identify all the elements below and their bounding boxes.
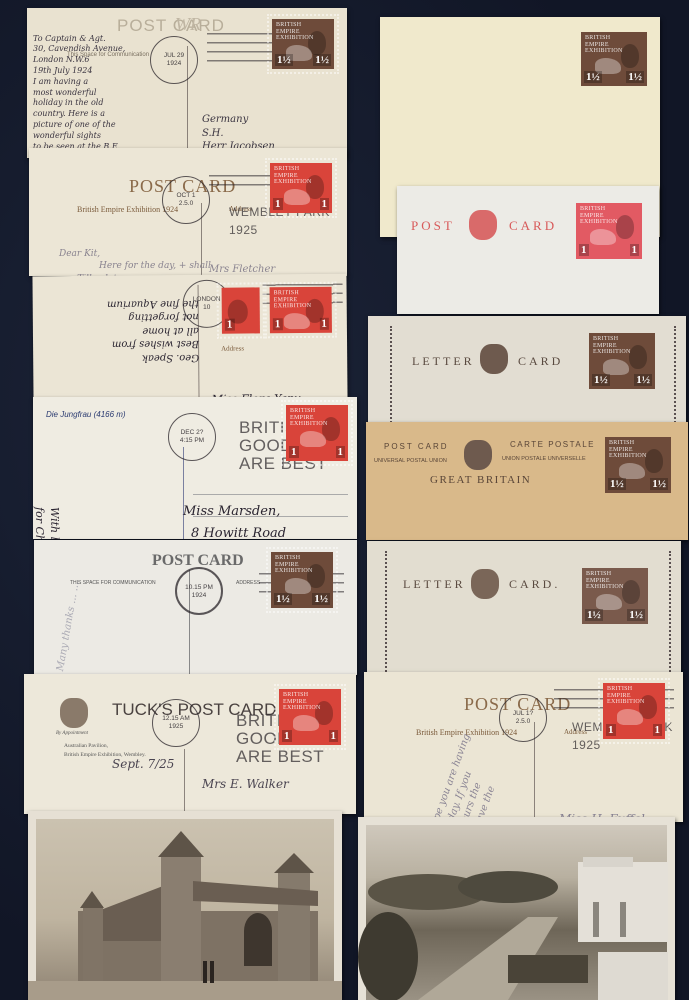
royal-crest-icon xyxy=(471,569,499,599)
stamp-1-5d-brown: BRITISHEMPIREEXHIBITION 1½1½ xyxy=(266,547,338,613)
letter-card-header-right: CARD. xyxy=(509,577,560,592)
postmark: 10.15 PM1924 xyxy=(175,567,223,615)
perforation-right xyxy=(674,326,676,426)
postcard-header-right: CARD xyxy=(509,218,557,234)
handwritten-message: Dear Mother,Having good... xyxy=(54,774,143,814)
postmark: JUL 1?2.5.0 xyxy=(499,694,547,742)
carte-postale-label: CARTE POSTALE xyxy=(510,440,595,449)
postcard-jungfrau: Die Jungfrau (4166 m) DEC 2?4:15 PM BRIT… xyxy=(33,397,357,539)
postcard-empire-exhibition-jul: POST CARD British Empire Exhibition 1924… xyxy=(364,672,683,822)
postcard-header-left: POST xyxy=(411,218,455,234)
stamp-1-5d-brown: BRITISHEMPIREEXHIBITION 1½1½ xyxy=(267,14,339,74)
letter-card-header-left: LETTER xyxy=(403,577,466,592)
photo-postcard-exhibition-grounds xyxy=(358,817,675,1000)
postcard-upside-down-message: Address LONDON10 1 BRITISHEMPIREEXHIBITI… xyxy=(32,274,347,402)
handwritten-message-vertical: With love & bestfor ChristmasfromMarion xyxy=(33,507,91,539)
divider-line xyxy=(184,749,185,814)
upu-postcard-great-britain: POST CARD UNIVERSAL POSTAL UNION CARTE P… xyxy=(366,422,688,540)
handwritten-date: Sept. 7/25 xyxy=(112,756,174,772)
postmark: OCT 12.5.0 xyxy=(162,176,210,224)
royal-crest-icon xyxy=(480,344,508,374)
handwritten-message-upside-down: Geo. SpeakBest wishes fromall at homenot… xyxy=(42,274,199,393)
photo-postcard-pavilion-towers xyxy=(28,811,342,1000)
perforation-right xyxy=(669,551,671,676)
stamp-1d-red: BRITISHEMPIREEXHIBITION 11 xyxy=(274,684,346,750)
printed-stamp-1-5d-brown: BRITISHEMPIREEXHIBITION 1½1½ xyxy=(586,330,658,392)
printed-stamp-1-5d-brown: BRITISHEMPIREEXHIBITION 1½1½ xyxy=(579,565,651,627)
printed-stamp-1-5d-brown: BRITISHEMPIREEXHIBITION 1½1½ xyxy=(602,434,674,496)
postcard-tucks-australian-pavilion: By Appointment Australian Pavilion,Briti… xyxy=(24,674,356,814)
postmark: DEC 2?4:15 PM xyxy=(168,413,216,461)
handwritten-address: Miss H. Fuffel,c/o Mrs Brown xyxy=(559,764,671,822)
letter-card-header-left: LETTER xyxy=(412,354,475,369)
postcard-empire-exhibition-oct: POST CARD British Empire Exhibition 1924… xyxy=(29,148,347,276)
address-label: ADDRESS xyxy=(236,580,260,586)
stamp-1d-red-definitive: 1 xyxy=(217,282,265,338)
stamp-1d-red: BRITISHEMPIREEXHIBITION 11 xyxy=(281,400,353,466)
handwritten-address: Mrs Fletcher12 Mountview Road xyxy=(209,236,320,276)
letter-card-1-5d-1925: LETTER CARD. BRITISHEMPIREEXHIBITION 1½1… xyxy=(367,541,681,676)
royal-crest-icon xyxy=(469,210,497,240)
country-label: GREAT BRITAIN xyxy=(430,474,531,486)
printed-stamp-1d-red: BRITISHEMPIREEXHIBITION 11 xyxy=(573,200,645,262)
letter-card-header-right: CARD xyxy=(518,354,563,369)
by-appointment-label: By Appointment xyxy=(56,731,88,736)
address-label: Address xyxy=(221,345,244,353)
handwritten-address: Mrs E. Walker xyxy=(202,776,289,792)
handwritten-message-faint: Many thanks ... ... xyxy=(54,580,83,672)
post-card-label: POST CARD xyxy=(384,442,449,451)
picture-caption: Die Jungfrau (4166 m) xyxy=(46,410,126,419)
handwritten-address: Miss Marsden,8 Howitt RoadBelsize Park xyxy=(183,457,286,539)
stamp-1d-red: BRITISHEMPIREEXHIBITION 11 xyxy=(598,678,670,744)
postmark: 12.15 AM1925 xyxy=(152,699,200,747)
perforation-left xyxy=(385,551,387,676)
handwritten-message: To Captain & Agt.30, Cavendish Avenue,Lo… xyxy=(33,12,183,158)
stamp-1d-red: BRITISHEMPIREEXHIBITION 11 xyxy=(265,158,337,218)
royal-crest-icon xyxy=(464,440,492,470)
upu-label-french: UNION POSTALE UNIVERSELLE xyxy=(502,456,586,462)
photo-grounds-illustration xyxy=(358,817,675,1000)
photo-pavilion-illustration xyxy=(28,811,342,1000)
postcard-kilburn-1924: POST CARD WR This Space for Communicatio… xyxy=(27,8,347,158)
handwritten-message: Dear Kit,Here for the day, + shallsee Ti… xyxy=(59,224,211,276)
royal-crest-icon xyxy=(60,698,88,728)
letter-card-1-5d: LETTER CARD BRITISHEMPIREEXHIBITION 1½1½ xyxy=(368,316,686,426)
printed-stamp-1-5d-brown: BRITISHEMPIREEXHIBITION 1½1½ xyxy=(578,29,650,89)
upu-label: UNIVERSAL POSTAL UNION xyxy=(374,458,447,464)
stamp-1d-red-exhibition: BRITISHEMPIREEXHIBITION 11 xyxy=(265,282,337,339)
postal-stationery-postcard-1d: POST CARD BRITISHEMPIREEXHIBITION 11 xyxy=(397,186,659,314)
handwritten-address: Mrs WidmonBratton... xyxy=(209,615,289,675)
perforation-left xyxy=(390,326,392,426)
handwritten-address: Miss Flora Yany2 Rue des Glen... xyxy=(211,362,307,401)
postcard-widmon: POST CARD THIS SPACE FOR COMMUNICATION A… xyxy=(34,540,357,675)
